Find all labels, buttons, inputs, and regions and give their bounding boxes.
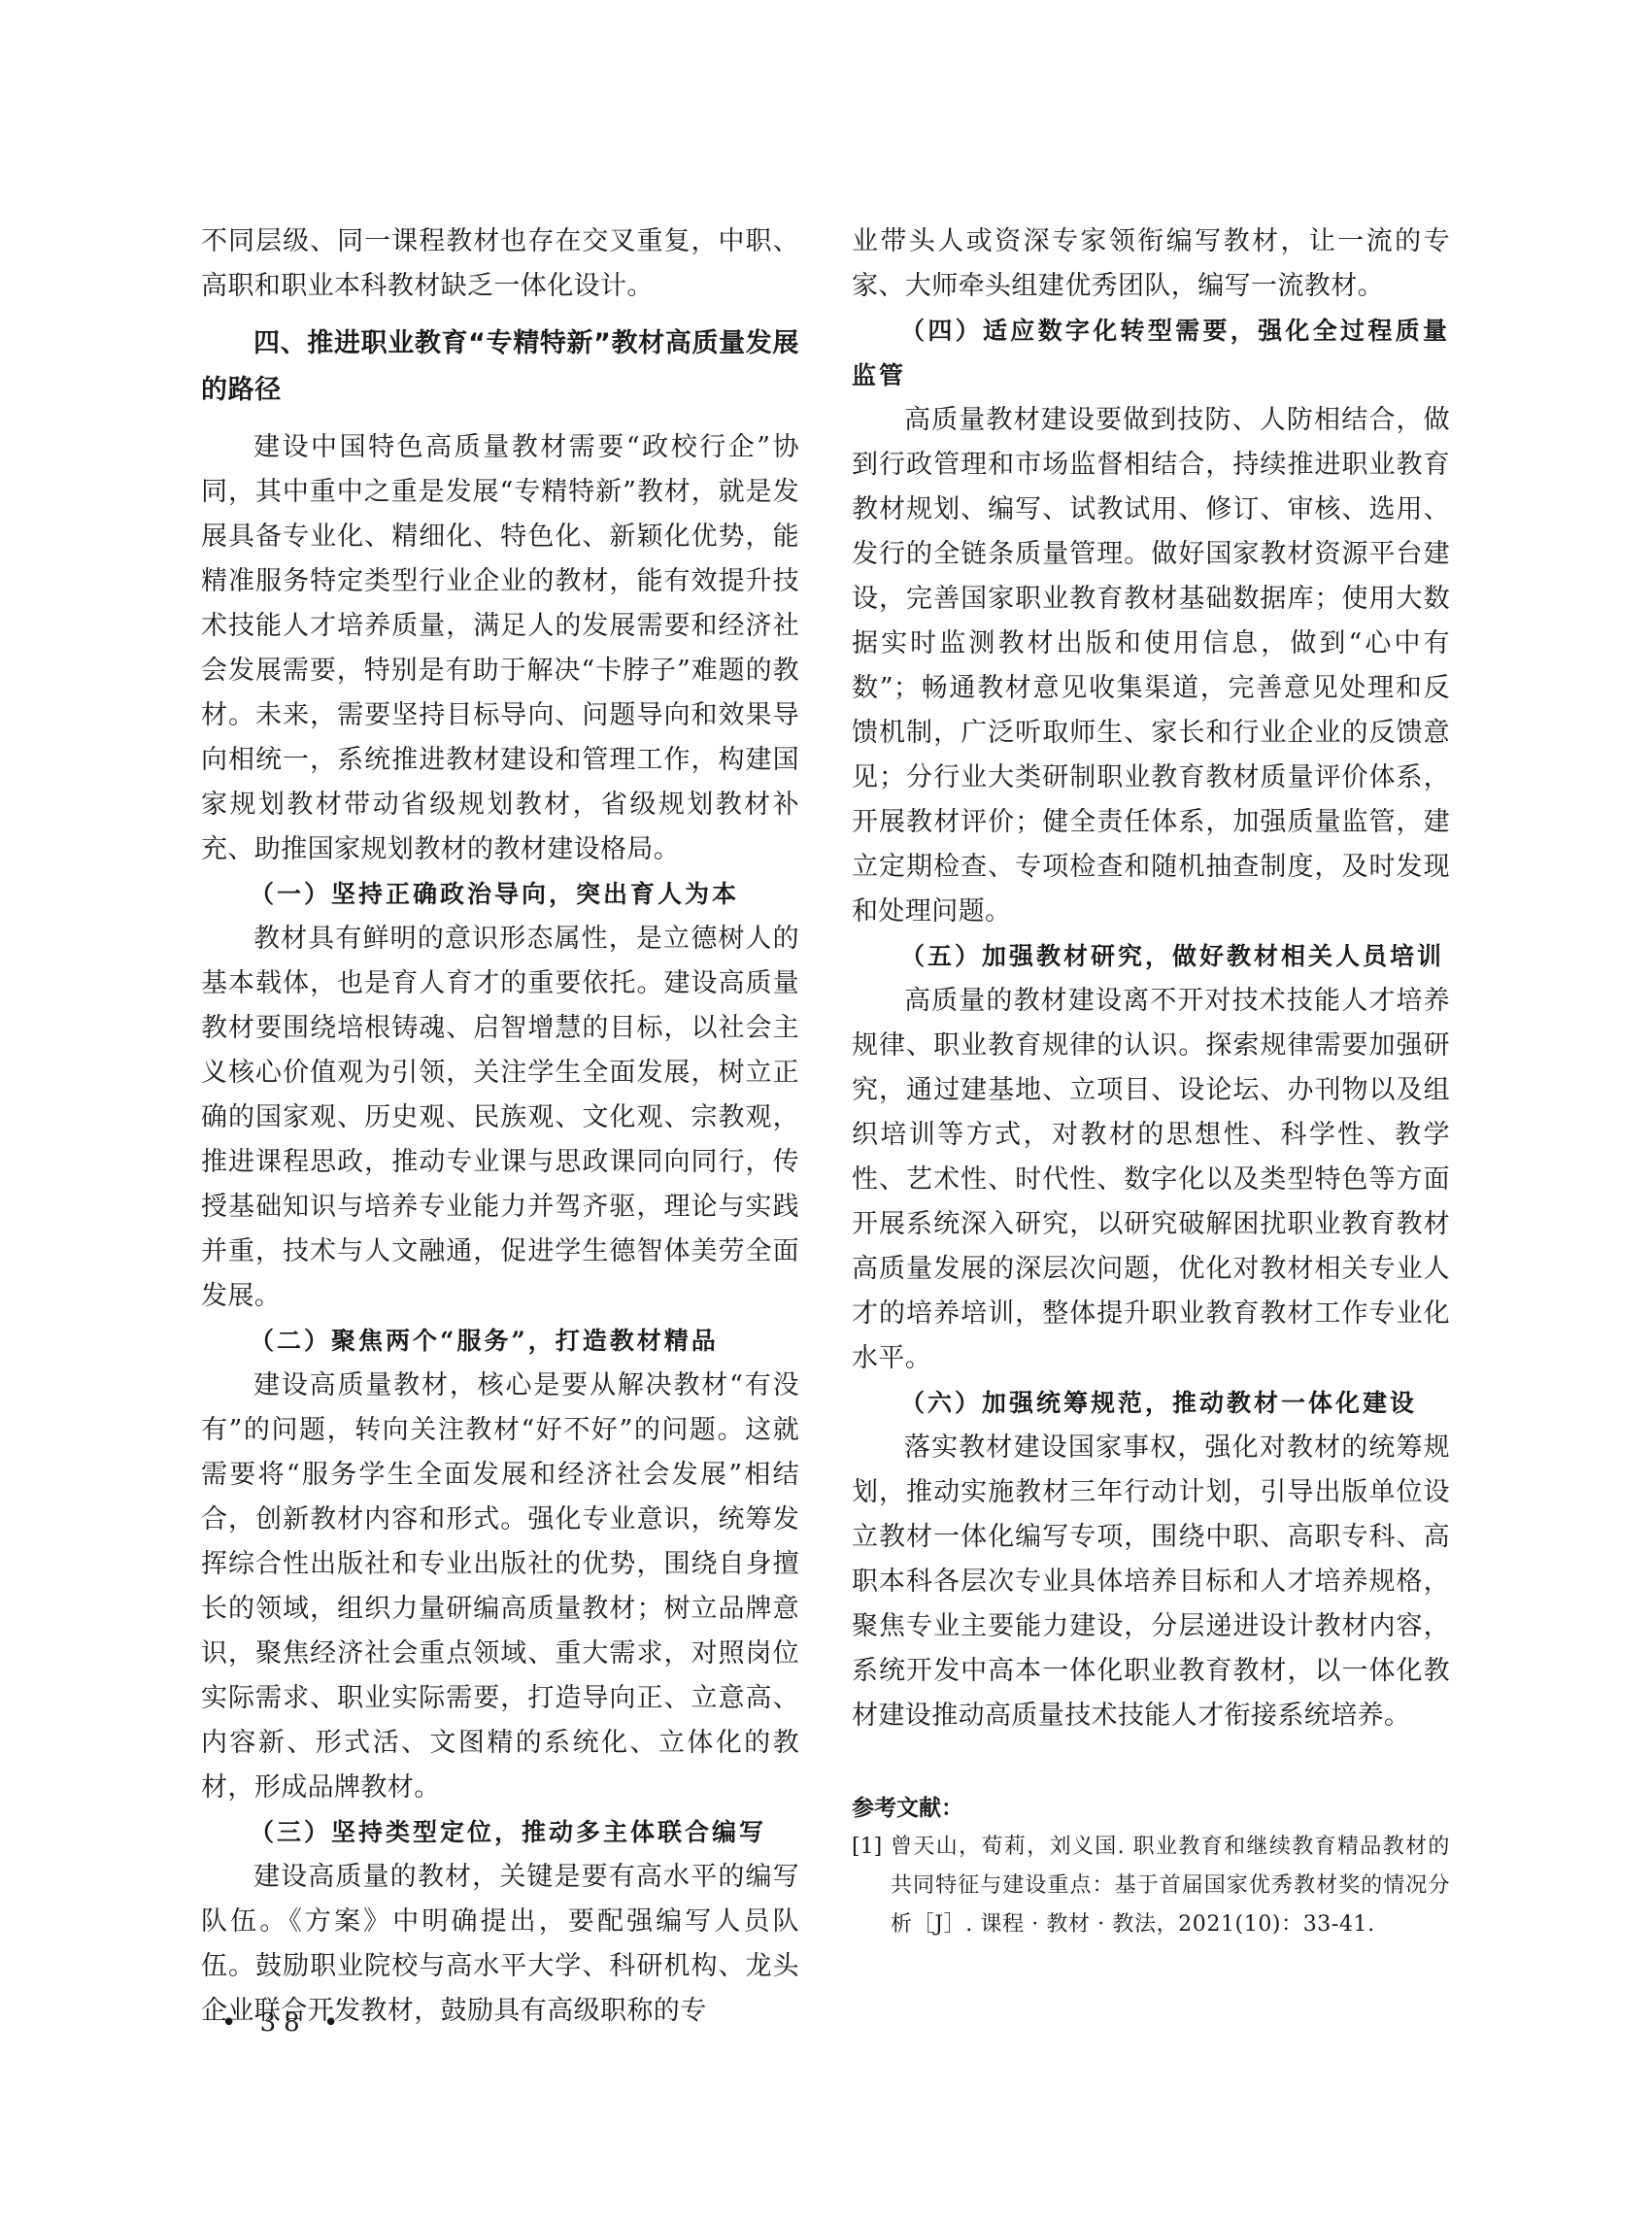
paragraph: 建设高质量教材，核心是要从解决教材“有没有”的问题，转向关注教材“好不好”的问题… [201, 1364, 799, 1810]
subsection-heading: （二）聚焦两个“服务”，打造教材精品 [201, 1319, 799, 1364]
paragraph: 业带头人或资深专家领衔编写教材，让一流的专家、大师牵头组建优秀团队，编写一流教材… [852, 219, 1450, 309]
page-number: • 38 • [221, 2008, 346, 2038]
subsection-heading: （三）坚持类型定位，推动多主体联合编写 [201, 1810, 799, 1855]
subsection-heading: （一）坚持正确政治导向，突出育人为本 [201, 872, 799, 917]
paragraph: 建设高质量的教材，关键是要有高水平的编写队伍。《方案》中明确提出，要配强编写人员… [201, 1855, 799, 2034]
reference-text: 曾天山，荀莉，刘义国. 职业教育和继续教育精品教材的共同特征与建设重点：基于首届… [891, 1828, 1450, 1944]
paragraph: 高质量的教材建设离不开对技术技能人才培养规律、职业教育规律的认识。探索规律需要加… [852, 979, 1450, 1381]
left-column: 不同层级、同一课程教材也存在交叉重复，中职、高职和职业本科教材缺乏一体化设计。 … [201, 219, 799, 2034]
subsection-heading: （五）加强教材研究，做好教材相关人员培训 [852, 934, 1450, 979]
subsection-heading: （六）加强统筹规范，推动教材一体化建设 [852, 1381, 1450, 1426]
reference-number: [1] [852, 1828, 891, 1944]
references-heading: 参考文献： [852, 1789, 1450, 1828]
paragraph: 落实教材建设国家事权，强化对教材的统筹规划，推动实施教材三年行动计划，引导出版单… [852, 1426, 1450, 1738]
section-heading: 四、推进职业教育“专精特新”教材高质量发展的路径 [201, 320, 799, 414]
paragraph: 建设中国特色高质量教材需要“政校行企”协同，其中重中之重是发展“专精特新”教材，… [201, 425, 799, 872]
reference-item: [1] 曾天山，荀莉，刘义国. 职业教育和继续教育精品教材的共同特征与建设重点：… [852, 1828, 1450, 1944]
right-column: 业带头人或资深专家领衔编写教材，让一流的专家、大师牵头组建优秀团队，编写一流教材… [852, 219, 1450, 1944]
paragraph: 高质量教材建设要做到技防、人防相结合，做到行政管理和市场监督相结合，持续推进职业… [852, 398, 1450, 934]
paragraph: 教材具有鲜明的意识形态属性，是立德树人的基本载体，也是育人育才的重要依托。建设高… [201, 917, 799, 1319]
paragraph: 不同层级、同一课程教材也存在交叉重复，中职、高职和职业本科教材缺乏一体化设计。 [201, 219, 799, 309]
subsection-heading: （四）适应数字化转型需要，强化全过程质量监管 [852, 309, 1450, 398]
